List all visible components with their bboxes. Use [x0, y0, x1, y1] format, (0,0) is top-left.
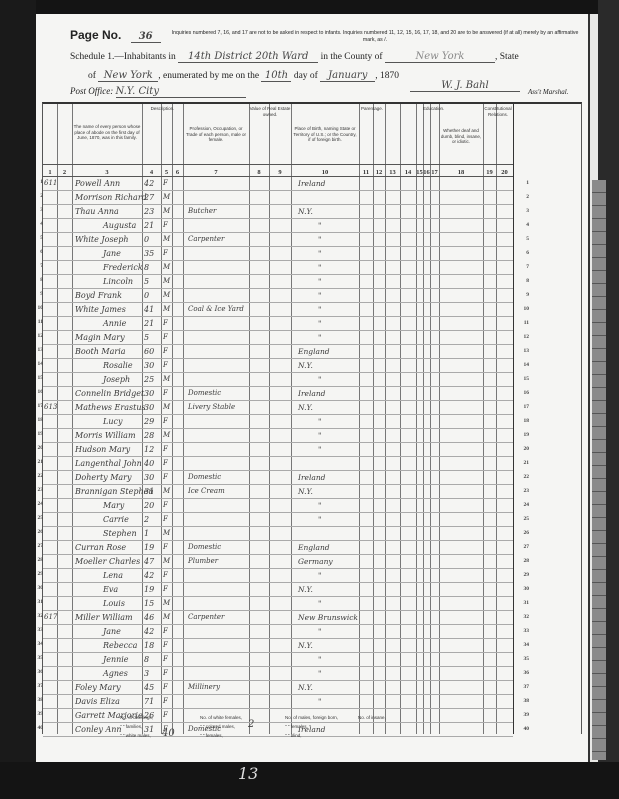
person-name: Mathews Erastus — [75, 403, 146, 412]
col-num-17: 17 — [430, 169, 439, 176]
row-divider — [43, 372, 513, 373]
enumeration-line: of New York, enumerated by me on the 10t… — [88, 70, 399, 82]
sex: M — [163, 375, 170, 383]
sex: F — [163, 361, 168, 369]
row-divider — [43, 442, 513, 443]
line-number: 22 — [31, 473, 43, 479]
tally-dwellings-label: No. of dwellings, — [120, 715, 153, 720]
line-number-right: 13 — [517, 348, 529, 354]
day-value: 10th — [261, 70, 291, 82]
post-office-value: N.Y. City — [116, 86, 246, 98]
sex: F — [163, 221, 168, 229]
age: 8 — [144, 655, 149, 664]
tally-foreign-females-label: " " females, " — [285, 724, 311, 729]
age: 5 — [144, 277, 149, 286]
person-name: Morrison Richard — [75, 193, 147, 202]
line-number: 30 — [31, 585, 43, 591]
tally-foreign-males-label: No. of males, foreign born, — [285, 715, 338, 720]
col-num-6: 6 — [172, 169, 183, 176]
line-number: 21 — [31, 459, 43, 465]
person-name: Langenthal John — [75, 459, 142, 468]
birthplace: Ireland — [298, 179, 326, 188]
person-name: Davis Eliza — [75, 697, 120, 706]
sex: M — [163, 235, 170, 243]
col-header-name: The name of every person whose place of … — [73, 124, 141, 141]
birthplace: " — [318, 333, 321, 342]
age: 28 — [144, 431, 154, 440]
age: 20 — [144, 501, 154, 510]
sex: M — [163, 599, 170, 607]
col-num-18: 18 — [439, 169, 483, 176]
person-name: Jennie — [103, 655, 129, 664]
sex: M — [163, 403, 170, 411]
birthplace: " — [318, 501, 321, 510]
col-num-3: 3 — [72, 169, 142, 176]
line-number: 39 — [31, 711, 43, 717]
group-header-education: Education. — [423, 106, 439, 112]
group-header-constitutional: Constitutional Relations. — [483, 106, 513, 117]
line-number: 20 — [31, 445, 43, 451]
line-number-right: 22 — [517, 474, 529, 480]
row-divider — [43, 260, 513, 261]
row-divider — [43, 358, 513, 359]
line-number-right: 14 — [517, 362, 529, 368]
state-label: State — [500, 52, 519, 62]
line-number: 38 — [31, 697, 43, 703]
line-number: 36 — [31, 669, 43, 675]
person-name: Miller William — [75, 613, 133, 622]
sex: F — [163, 585, 168, 593]
line-number-right: 35 — [517, 656, 529, 662]
age: 5 — [144, 333, 149, 342]
sex: M — [163, 207, 170, 215]
row-divider — [43, 610, 513, 611]
person-name: Lucy — [103, 417, 122, 426]
row-divider — [43, 190, 513, 191]
line-number: 18 — [31, 417, 43, 423]
tally-blind-label: " " blind, — [285, 733, 301, 738]
line-number: 4 — [31, 221, 43, 227]
person-name: Doherty Mary — [75, 473, 132, 482]
row-divider — [43, 736, 513, 737]
row-divider — [43, 456, 513, 457]
age: 45 — [144, 683, 154, 692]
person-name: Mary — [103, 501, 124, 510]
person-name: Curran Rose — [75, 543, 126, 552]
person-name: Thau Anna — [75, 207, 119, 216]
sex: M — [163, 291, 170, 299]
scan-border-left — [0, 0, 36, 799]
dwelling-family-number: 613 — [44, 403, 57, 411]
line-number-right: 38 — [517, 698, 529, 704]
birthplace: England — [298, 347, 330, 356]
line-number-right: 4 — [517, 222, 529, 228]
line-number: 23 — [31, 487, 43, 493]
sex: F — [163, 347, 168, 355]
sex: F — [163, 473, 168, 481]
col-num-13: 13 — [385, 169, 400, 176]
col-num-11: 11 — [359, 169, 373, 176]
row-divider — [43, 246, 513, 247]
line-number: 1 — [31, 179, 43, 185]
age: 0 — [144, 291, 149, 300]
birthplace: " — [318, 515, 321, 524]
sex: F — [163, 501, 168, 509]
sex: F — [163, 333, 168, 341]
birthplace: England — [298, 543, 330, 552]
sex: F — [163, 459, 168, 467]
age: 19 — [144, 543, 154, 552]
line-number: 35 — [31, 655, 43, 661]
birthplace: " — [318, 319, 321, 328]
birthplace: " — [318, 249, 321, 258]
line-number-right: 15 — [517, 376, 529, 382]
instructions-note: Inquiries numbered 7, 16, and 17 are not… — [170, 30, 580, 43]
year-value: 1870 — [380, 71, 399, 81]
sex: M — [163, 557, 170, 565]
sex: M — [163, 529, 170, 537]
row-divider — [43, 666, 513, 667]
group-header-parentage: Parentage. — [359, 106, 385, 112]
age: 71 — [144, 697, 154, 706]
col-num-7: 7 — [183, 169, 249, 176]
row-divider — [43, 204, 513, 205]
birthplace: " — [318, 669, 321, 678]
line-number: 19 — [31, 431, 43, 437]
line-number-right: 29 — [517, 572, 529, 578]
line-number: 24 — [31, 501, 43, 507]
occupation: Livery Stable — [188, 403, 235, 411]
row-divider — [43, 470, 513, 471]
row-divider — [43, 302, 513, 303]
age: 47 — [144, 557, 154, 566]
birthplace: Ireland — [298, 473, 326, 482]
person-name: Eva — [103, 585, 118, 594]
person-name: Stephen — [103, 529, 137, 538]
row-divider — [43, 708, 513, 709]
age: 60 — [144, 347, 154, 356]
sex: F — [163, 319, 168, 327]
line-number: 34 — [31, 641, 43, 647]
county-label: in the County of — [321, 52, 383, 62]
line-number: 40 — [31, 725, 43, 731]
person-name: Jane — [103, 249, 121, 258]
row-divider — [43, 330, 513, 331]
schedule-label: Schedule 1.—Inhabitants in — [70, 52, 176, 62]
tally-colored-males-value: 2 — [248, 719, 254, 730]
age: 46 — [144, 613, 154, 622]
line-number-right: 28 — [517, 558, 529, 564]
line-number-right: 5 — [517, 236, 529, 242]
person-name: Connelin Bridget — [75, 389, 144, 398]
line-number-right: 16 — [517, 390, 529, 396]
row-divider — [43, 498, 513, 499]
day-of-label: day of — [294, 71, 318, 81]
line-number-right: 32 — [517, 614, 529, 620]
of-label: of — [88, 71, 96, 81]
sex: F — [163, 249, 168, 257]
birthplace: " — [318, 291, 321, 300]
row-divider — [43, 596, 513, 597]
line-number: 6 — [31, 249, 43, 255]
birthplace: " — [318, 417, 321, 426]
line-number-right: 7 — [517, 264, 529, 270]
person-name: Annie — [103, 319, 126, 328]
person-name: Lena — [103, 571, 123, 580]
line-number-right: 30 — [517, 586, 529, 592]
birthplace: N.Y. — [298, 683, 313, 692]
age: 30 — [144, 403, 154, 412]
adjacent-page-edge — [592, 180, 606, 760]
page-label: Page No. — [70, 28, 121, 42]
line-number-right: 26 — [517, 530, 529, 536]
row-divider — [43, 316, 513, 317]
age: 21 — [144, 221, 154, 230]
birthplace: N.Y. — [298, 207, 313, 216]
county-value: New York — [385, 51, 495, 63]
line-number-right: 10 — [517, 306, 529, 312]
dwelling-family-number: 611 — [44, 179, 57, 187]
birthplace: N.Y. — [298, 487, 313, 496]
line-number-right: 18 — [517, 418, 529, 424]
occupation: Plumber — [188, 557, 218, 565]
sex: F — [163, 683, 168, 691]
line-number: 10 — [31, 305, 43, 311]
line-number: 15 — [31, 375, 43, 381]
line-number: 37 — [31, 683, 43, 689]
birthplace: " — [318, 221, 321, 230]
sex: M — [163, 431, 170, 439]
col-num-1: 1 — [43, 169, 57, 176]
page-number-label: Page No. 36 — [70, 28, 161, 42]
col-num-4: 4 — [142, 169, 161, 176]
sex: F — [163, 697, 168, 705]
sex: F — [163, 669, 168, 677]
line-number: 13 — [31, 347, 43, 353]
person-name: Jane — [103, 627, 121, 636]
col-header-occupation: Profession, Occupation, or Trade of each… — [184, 126, 248, 143]
age: 0 — [144, 235, 149, 244]
line-number-right: 2 — [517, 194, 529, 200]
line-number-right: 3 — [517, 208, 529, 214]
age: 35 — [144, 249, 154, 258]
birthplace: " — [318, 263, 321, 272]
occupation: Domestic — [188, 389, 221, 397]
row-divider — [43, 218, 513, 219]
age: 2 — [144, 515, 149, 524]
person-name: Magin Mary — [75, 333, 125, 342]
line-number-right: 25 — [517, 516, 529, 522]
age: 31 — [144, 487, 154, 496]
person-name: Lincoln — [103, 277, 133, 286]
line-number: 17 — [31, 403, 43, 409]
line-number-right: 40 — [517, 726, 529, 732]
age: 18 — [144, 641, 154, 650]
line-number-right: 1 — [517, 180, 529, 186]
group-header-real-estate: Value of Real Estate owned. — [249, 106, 291, 117]
person-name: Rosalie — [103, 361, 133, 370]
line-number-right: 9 — [517, 292, 529, 298]
line-number: 33 — [31, 627, 43, 633]
birthplace: N.Y. — [298, 585, 313, 594]
occupation: Domestic — [188, 543, 221, 551]
birthplace: " — [318, 375, 321, 384]
occupation: Ice Cream — [188, 487, 225, 495]
age: 30 — [144, 473, 154, 482]
age: 23 — [144, 207, 154, 216]
person-name: Booth Maria — [75, 347, 126, 356]
sex: F — [163, 711, 168, 719]
occupation: Coal & Ice Yard — [188, 305, 244, 313]
age: 8 — [144, 263, 149, 272]
age: 21 — [144, 319, 154, 328]
row-divider — [43, 568, 513, 569]
row-divider — [43, 526, 513, 527]
line-number-right: 24 — [517, 502, 529, 508]
sex: F — [163, 655, 168, 663]
sex: M — [163, 305, 170, 313]
row-divider — [43, 274, 513, 275]
sex: M — [163, 277, 170, 285]
age: 30 — [144, 389, 154, 398]
line-number: 14 — [31, 361, 43, 367]
sex: F — [163, 417, 168, 425]
person-name: Hudson Mary — [75, 445, 130, 454]
tally-insane-label: No. of insane, — [358, 715, 386, 720]
tally-white-females-label: No. of white females, — [200, 715, 242, 720]
tally-females-label: " " females, — [200, 733, 223, 738]
row-divider — [43, 232, 513, 233]
line-number: 5 — [31, 235, 43, 241]
line-number-right: 37 — [517, 684, 529, 690]
line-number-right: 27 — [517, 544, 529, 550]
sex: F — [163, 641, 168, 649]
birthplace: " — [318, 277, 321, 286]
line-number: 3 — [31, 207, 43, 213]
row-divider — [43, 624, 513, 625]
occupation: Butcher — [188, 207, 216, 215]
sex: F — [163, 515, 168, 523]
line-number: 16 — [31, 389, 43, 395]
person-name: White Joseph — [75, 235, 129, 244]
sex: F — [163, 571, 168, 579]
line-number: 31 — [31, 599, 43, 605]
schedule-line: Schedule 1.—Inhabitants in 14th District… — [70, 51, 519, 63]
col-header-disability: Whether deaf and dumb, blind, insane, or… — [440, 128, 482, 145]
line-number: 11 — [31, 319, 43, 325]
line-number: 27 — [31, 543, 43, 549]
birthplace: " — [318, 697, 321, 706]
line-number: 7 — [31, 263, 43, 269]
row-divider — [43, 722, 513, 723]
line-number-right: 36 — [517, 670, 529, 676]
sex: F — [163, 389, 168, 397]
sex: M — [163, 193, 170, 201]
person-name: Louis — [103, 599, 125, 608]
line-number: 2 — [31, 193, 43, 199]
age: 42 — [144, 571, 154, 580]
line-number-right: 19 — [517, 432, 529, 438]
post-office-line: Post Office: N.Y. City — [70, 86, 246, 98]
col-num-2: 2 — [57, 169, 72, 176]
birthplace: " — [318, 599, 321, 608]
dwelling-family-number: 617 — [44, 613, 57, 621]
col-num-16: 16 — [423, 169, 430, 176]
age: 40 — [144, 459, 154, 468]
age: 25 — [144, 375, 154, 384]
scan-border-bottom — [0, 762, 619, 799]
line-number-right: 6 — [517, 250, 529, 256]
birthplace: " — [318, 445, 321, 454]
row-divider — [43, 694, 513, 695]
birthplace: " — [318, 431, 321, 440]
age: 15 — [144, 599, 154, 608]
row-divider — [43, 484, 513, 485]
line-number-right: 17 — [517, 404, 529, 410]
person-name: Carrie — [103, 515, 129, 524]
person-name: Moeller Charles — [75, 557, 140, 566]
col-num-10: 10 — [291, 169, 359, 176]
age: 30 — [144, 361, 154, 370]
age: 12 — [144, 445, 154, 454]
line-number: 32 — [31, 613, 43, 619]
row-divider — [43, 288, 513, 289]
birthplace: Ireland — [298, 389, 326, 398]
state-value: New York — [98, 70, 158, 82]
person-name: Brannigan Stephen — [75, 487, 154, 496]
sex: F — [163, 445, 168, 453]
post-office-label: Post Office: — [70, 86, 113, 96]
person-name: Frederick — [103, 263, 143, 272]
line-number-right: 33 — [517, 628, 529, 634]
line-number: 9 — [31, 291, 43, 297]
district-value: 14th District 20th Ward — [178, 51, 318, 63]
sex: M — [163, 487, 170, 495]
birthplace: " — [318, 571, 321, 580]
line-number: 29 — [31, 571, 43, 577]
person-name: Augusta — [103, 221, 136, 230]
birthplace: " — [318, 627, 321, 636]
occupation: Carpenter — [188, 235, 224, 243]
line-number-right: 11 — [517, 320, 529, 326]
row-divider — [43, 582, 513, 583]
birthplace: N.Y. — [298, 361, 313, 370]
line-number-right: 34 — [517, 642, 529, 648]
age: 1 — [144, 529, 149, 538]
person-name: Agnes — [103, 669, 128, 678]
tally-white-males-label: " " white males, — [120, 733, 151, 738]
col-header-birthplace: Place of Birth, naming State or Territor… — [292, 126, 358, 143]
person-name: Foley Mary — [75, 683, 121, 692]
line-number-right: 12 — [517, 334, 529, 340]
sex: F — [163, 627, 168, 635]
row-divider — [43, 428, 513, 429]
row-divider — [43, 638, 513, 639]
birthplace: New Brunswick — [298, 613, 358, 622]
age: 42 — [144, 179, 154, 188]
person-name: Boyd Frank — [75, 291, 122, 300]
line-number: 8 — [31, 277, 43, 283]
row-divider — [43, 652, 513, 653]
tally-families-label: " " families, — [120, 724, 142, 729]
col-num-20: 20 — [496, 169, 513, 176]
sex: F — [163, 179, 168, 187]
col-num-5: 5 — [161, 169, 172, 176]
month-value: January — [320, 70, 375, 82]
line-number-right: 20 — [517, 446, 529, 452]
person-name: Rebecca — [103, 641, 137, 650]
marshal-label: Ass't Marshal. — [528, 88, 568, 96]
